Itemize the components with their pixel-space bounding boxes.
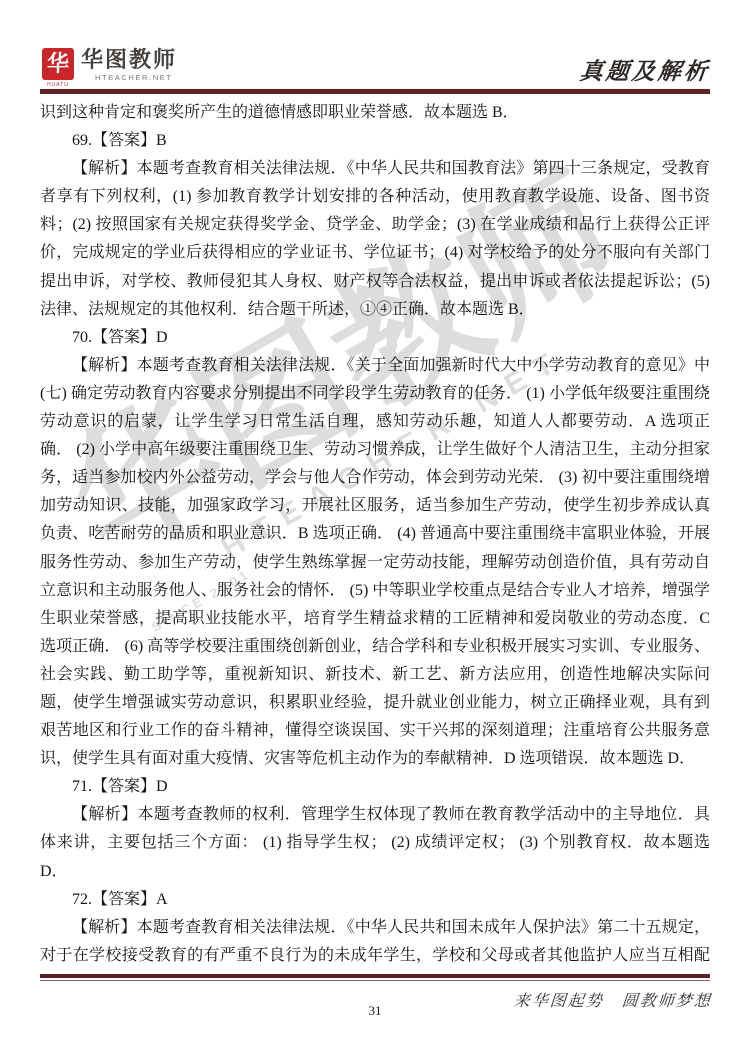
document-body: 识到这种肯定和褒奖所产生的道德情感即职业荣誉感．故本题选 B．69.【答案】B【… (40, 99, 710, 972)
document-page: 华 HUATU 华图教师 HTEACHER.NET 真题及解析 华图教师 HTE… (0, 0, 750, 1061)
page-number: 31 (0, 1003, 750, 1019)
brand-text-block: 华图教师 HTEACHER.NET (81, 48, 177, 82)
paragraph: 71.【答案】D (40, 773, 710, 801)
huatu-logo-mark-block: 华 HUATU (42, 48, 74, 88)
paragraph: 【解析】本题考查教师的权利．管理学生权体现了教师在教育教学活动中的主导地位．具体… (40, 801, 710, 885)
paragraph: 69.【答案】B (40, 127, 710, 155)
paragraph: 识到这种肯定和褒奖所产生的道德情感即职业荣誉感．故本题选 B． (40, 99, 710, 127)
page-header-title: 真题及解析 (578, 53, 712, 88)
paragraph: 70.【答案】D (40, 324, 710, 352)
brand-name: 华图教师 (81, 48, 177, 72)
footer-rule (40, 974, 710, 981)
brand-domain: HTEACHER.NET (95, 73, 177, 82)
paragraph: 72.【答案】A (40, 886, 710, 914)
paragraph: 【解析】本题考查教育相关法律法规．《关于全面加强新时代大中小学劳动教育的意见》中… (40, 352, 710, 773)
header-rule (40, 89, 710, 94)
page-header: 华 HUATU 华图教师 HTEACHER.NET 真题及解析 (42, 42, 710, 88)
huatu-logo-icon: 华 (42, 48, 74, 80)
logo-caption: HUATU (47, 82, 69, 88)
huatu-logo: 华 HUATU 华图教师 HTEACHER.NET (42, 48, 177, 88)
paragraph: 【解析】本题考查教育相关法律法规．《中华人民共和国未成年人保护法》第二十五规定，… (40, 914, 710, 972)
paragraph: 【解析】本题考查教育相关法律法规．《中华人民共和国教育法》第四十三条规定，受教育… (40, 155, 710, 324)
logo-glyph: 华 (47, 53, 69, 75)
